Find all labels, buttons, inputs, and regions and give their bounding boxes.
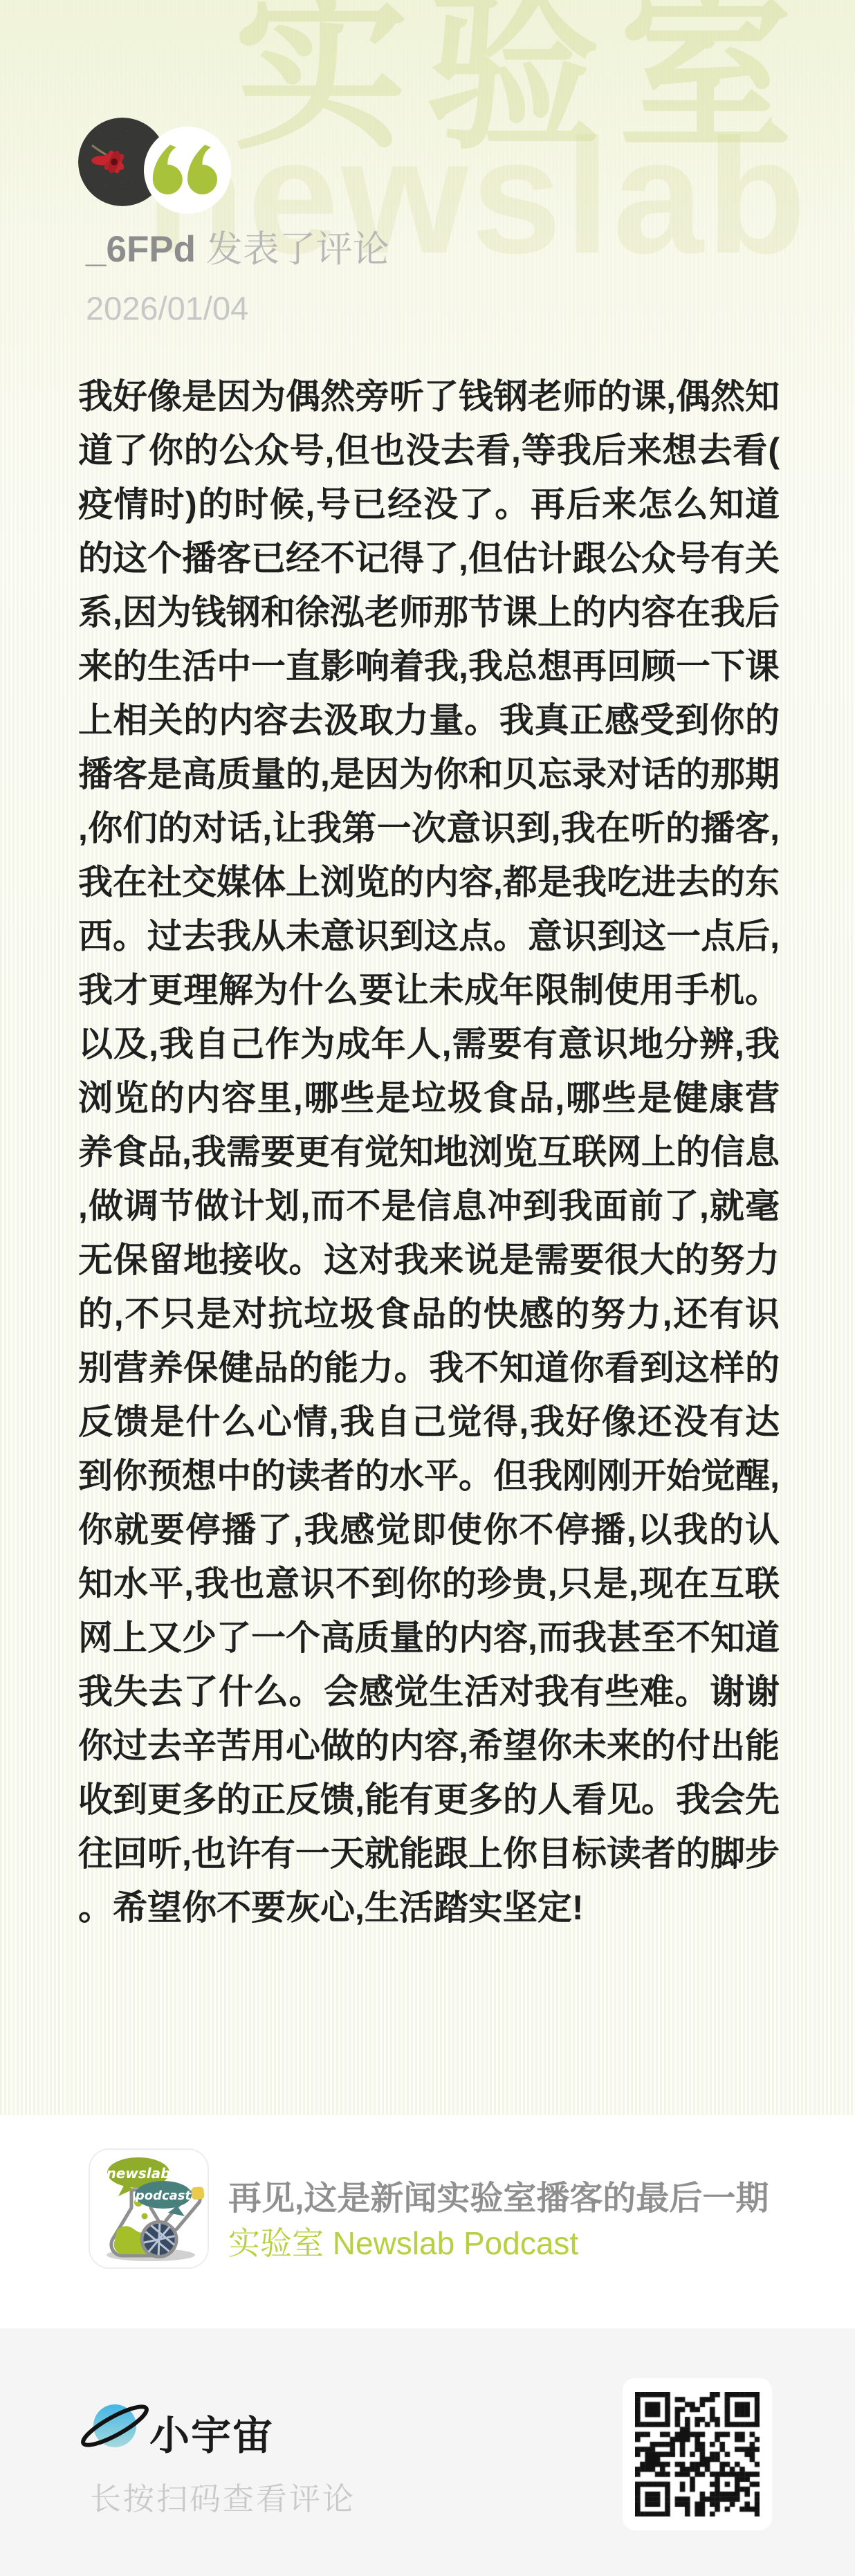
- share-card: 实验室 newslab: [0, 0, 855, 2576]
- episode-title: 再见,这是新闻实验室播客的最后一期: [228, 2171, 769, 2219]
- podcast-name: 实验室 Newslab Podcast: [228, 2218, 578, 2264]
- episode-card[interactable]: newslab podcast 再见,这是新闻实验室播客的最后一期 实验室 Ne…: [0, 2115, 855, 2328]
- brand-name: 小宇宙: [149, 2403, 274, 2461]
- qr-code: [635, 2392, 760, 2516]
- scan-hint: 长按扫码查看评论: [90, 2474, 356, 2519]
- quote-badge: [144, 127, 231, 214]
- quote-icon: [151, 143, 223, 197]
- svg-text:newslab: newslab: [107, 2165, 171, 2182]
- episode-cover: newslab podcast: [89, 2148, 209, 2269]
- footer-bar: 小宇宙 长按扫码查看评论: [0, 2328, 855, 2576]
- planet-icon: [77, 2397, 154, 2453]
- cover-art: newslab podcast: [90, 2150, 208, 2267]
- svg-text:podcast: podcast: [135, 2189, 192, 2203]
- comment-author: _6FPd 发表了评论: [86, 228, 389, 271]
- comment-date: 2026/01/04: [86, 289, 248, 327]
- comment-section: 实验室 newslab: [0, 0, 855, 2115]
- author-action: 发表了评论: [206, 229, 389, 270]
- comment-text: 我好像是因为偶然旁听了钱钢老师的课,偶然知道了你的公众号,但也没去看,等我后来想…: [78, 369, 780, 1935]
- author-name: _6FPd: [86, 229, 196, 270]
- qr-code-box: [623, 2378, 772, 2530]
